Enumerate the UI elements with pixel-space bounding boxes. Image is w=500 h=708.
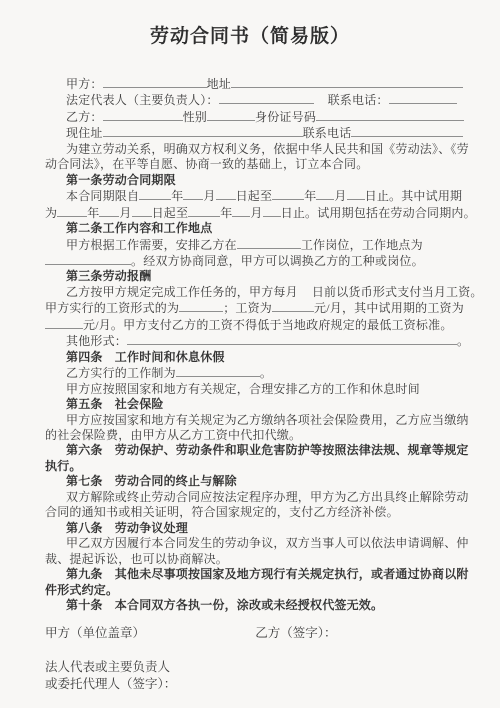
text-run: 乙方实行的工作制为 [66, 366, 176, 380]
legal-rep-line: 法定代表人（主要负责人）：联系电话： [45, 92, 472, 108]
preamble-line-1: 为建立劳动关系，明确双方权利义务，依据中华人民共和国《劳动法》、《劳 [45, 142, 472, 157]
text-run: 本合同期限自 [66, 189, 139, 203]
text-run: 日止。其中试用期 [365, 189, 463, 203]
text-run: 裁、提起诉讼，也可以协商解决。 [45, 552, 228, 566]
party-a-line: 甲方：地址 [45, 76, 472, 92]
text-run: 为建立劳动关系，明确双方权利义务，依据中华人民共和国《劳动法》、《劳 [66, 142, 469, 156]
legal-rep-block: 法人代表或主要负责人 或委托代理人（签字）： [45, 659, 472, 692]
article-3-heading: 第三条劳动报酬 [45, 269, 472, 284]
text-run: 工作岗位，工作地点为 [301, 238, 423, 252]
blank-field [57, 205, 87, 217]
text-run: 日起至 [152, 206, 189, 220]
party-b-line: 乙方：性别身份证号码 [45, 109, 472, 125]
text-run: 联系电话： [328, 93, 389, 107]
text-run: 其他形式： [66, 334, 127, 348]
text-run: 第一条劳动合同期限 [66, 173, 176, 187]
article-5-body-1: 甲方应按国家和地方有关规定为乙方缴纳各项社会保险费用，乙方应当缴纳 [45, 413, 472, 428]
text-run: 年 [87, 206, 99, 220]
text-run: ；工资为 [223, 301, 272, 315]
article-10-line: 第十条 本合同双方各执一份，涂改或未经授权代签无效。 [45, 598, 472, 613]
blank-field [99, 205, 119, 217]
text-run: 动合同法》，在平等自愿、协商一致的基础上，订立本合同。 [45, 157, 368, 171]
blank-field [179, 300, 223, 312]
blank-field [103, 76, 207, 88]
text-run: 第六条 劳动保护、劳动条件和职业危害防护等按照法律法规、规章等规定 [66, 443, 469, 457]
article-7-heading: 第七条 劳动合同的终止与解除 [45, 474, 472, 489]
blank-field [139, 188, 171, 200]
article-8-body-1: 甲乙双方因履行本合同发生的劳动争议，双方当事人可以依法申请调解、仲 [45, 536, 472, 551]
text-run: 甲乙双方因履行本合同发生的劳动争议，双方当事人可以依法申请调解、仲 [66, 536, 469, 550]
contract-body: 甲方：地址法定代表人（主要负责人）：联系电话：乙方：性别身份证号码现住址联系电话… [45, 76, 472, 613]
text-run: 元/月。甲方支付乙方的工资不得低于当地政府规定的最低工资标准。 [83, 318, 453, 332]
text-run: 年 [171, 189, 183, 203]
text-run: 。经双方协商同意，甲方可以调换乙方的工种或岗位。 [131, 254, 424, 268]
text-run: 第七条 劳动合同的终止与解除 [66, 474, 237, 488]
blank-field [231, 76, 463, 88]
text-run: 月 [334, 189, 346, 203]
party-b-signature-label: 乙方（签字）： [255, 626, 336, 640]
text-run: 的社会保险费，由甲方从乙方工资中代扣代缴。 [45, 428, 301, 442]
text-run: 为 [45, 206, 57, 220]
legal-rep-line-1: 法人代表或主要负责人 [45, 659, 472, 676]
text-run: 联系电话 [303, 126, 352, 140]
article-2-heading: 第二条工作内容和工作地点 [45, 221, 472, 236]
blank-field [188, 205, 220, 217]
text-run: 身份证号码 [255, 110, 316, 124]
blank-field [103, 125, 303, 137]
text-run: 第八条 劳动争议处理 [66, 521, 188, 535]
article-3-body-1: 乙方按甲方规定完成工作任务的，甲方每月日前以货币形式支付当月工资。 [45, 285, 472, 300]
article-7-body-1: 双方解除或终止劳动合同应按法定程序办理，甲方为乙方出具终止解除劳动 [45, 490, 472, 505]
text-run: 双方解除或终止劳动合同应按法定程序办理，甲方为乙方出具终止解除劳动 [66, 490, 469, 504]
text-run: 年 [220, 206, 232, 220]
article-4-body-2: 甲方应按照国家和地方有关规定，合理安排乙方的工作和休息时间 [45, 382, 472, 397]
address-line: 现住址联系电话 [45, 125, 472, 141]
text-run: 月 [203, 189, 215, 203]
blank-field [127, 333, 457, 345]
blank-field [45, 317, 83, 329]
text-run: 甲方应按国家和地方有关规定为乙方缴纳各项社会保险费用，乙方应当缴纳 [66, 413, 469, 427]
text-run: 现住址 [66, 126, 103, 140]
blank-field [316, 109, 464, 121]
gap [298, 295, 312, 296]
text-run: 第五条 社会保险 [66, 397, 164, 411]
text-run: 合同的通知书或相关证明，符合国家规定的，支付乙方经济补偿。 [45, 505, 399, 519]
text-run: 元/月，其中试用期的工资为 [314, 301, 464, 315]
article-8-body-2: 裁、提起诉讼，也可以协商解决。 [45, 552, 472, 567]
party-a-signature-label: 甲方（单位盖章） [45, 626, 145, 640]
article-3-body-2: 甲方实行的工资形式的为；工资为元/月，其中试用期的工资为 [45, 300, 472, 316]
document-title: 劳动合同书（简易版） [28, 24, 472, 50]
article-2-body-1: 甲方根据工作需要，安排乙方在工作岗位，工作地点为 [45, 237, 472, 253]
text-run: 法定代表人（主要负责人）： [66, 93, 219, 107]
text-run: 月 [119, 206, 131, 220]
blank-field [232, 205, 250, 217]
text-run: 件形式约定。 [45, 583, 118, 597]
blank-field [316, 188, 334, 200]
article-8-heading: 第八条 劳动争议处理 [45, 521, 472, 536]
text-run: 日止。试用期包括在劳动合同期内。 [281, 206, 476, 220]
text-run: 甲方： [66, 77, 103, 91]
text-run: 甲方应按照国家和地方有关规定，合理安排乙方的工作和休息时间 [66, 382, 420, 396]
blank-field [263, 205, 281, 217]
text-run: 。 [457, 334, 469, 348]
legal-rep-line-2: 或委托代理人（签字）： [45, 676, 472, 693]
article-4-body-1: 乙方实行的工作制为。 [45, 365, 472, 381]
text-run: 月 [250, 206, 262, 220]
blank-field [216, 188, 236, 200]
text-run: 日前以货币形式支付当月工资。 [312, 285, 483, 299]
article-5-heading: 第五条 社会保险 [45, 397, 472, 412]
text-run: 乙方按甲方规定完成工作任务的，甲方每月 [66, 285, 298, 299]
article-6-line-2: 执行。 [45, 459, 472, 474]
text-run: 。 [260, 366, 272, 380]
signature-row: 甲方（单位盖章） 乙方（签字）： [45, 625, 472, 641]
text-run: 执行。 [45, 459, 82, 473]
article-1-body-1: 本合同期限自年月日起至年月日止。其中试用期 [45, 188, 472, 204]
text-run: 甲方实行的工资形式的为 [45, 301, 179, 315]
text-run: 日起至 [236, 189, 273, 203]
blank-field [176, 365, 260, 377]
text-run: 甲方根据工作需要，安排乙方在 [66, 238, 237, 252]
text-run: 地址 [207, 77, 231, 91]
blank-field [207, 109, 255, 121]
gap [314, 103, 328, 104]
blank-field [347, 188, 365, 200]
text-run: 性别 [183, 110, 207, 124]
article-5-body-2: 的社会保险费，由甲方从乙方工资中代扣代缴。 [45, 428, 472, 443]
article-9-line-1: 第九条 其他未尽事项按国家及地方现行有关规定执行，或者通过协商以附 [45, 567, 472, 582]
blank-field [272, 188, 304, 200]
text-run: 第十条 本合同双方各执一份，涂改或未经授权代签无效。 [66, 598, 383, 612]
blank-field [237, 237, 301, 249]
article-1-heading: 第一条劳动合同期限 [45, 173, 472, 188]
preamble-line-2: 动合同法》，在平等自愿、协商一致的基础上，订立本合同。 [45, 157, 472, 172]
blank-field [219, 92, 314, 104]
blank-field [103, 109, 183, 121]
blank-field [45, 253, 131, 265]
text-run: 乙方： [66, 110, 103, 124]
article-9-line-2: 件形式约定。 [45, 583, 472, 598]
blank-field [272, 300, 314, 312]
text-run: 年 [304, 189, 316, 203]
text-run: 第二条工作内容和工作地点 [66, 221, 212, 235]
contract-document: 劳动合同书（简易版） 甲方：地址法定代表人（主要负责人）：联系电话：乙方：性别身… [0, 0, 500, 708]
article-6-line-1: 第六条 劳动保护、劳动条件和职业危害防护等按照法律法规、规章等规定 [45, 443, 472, 458]
blank-field [132, 205, 152, 217]
blank-field [351, 125, 463, 137]
article-4-heading: 第四条 工作时间和休息休假 [45, 350, 472, 365]
article-3-body-4: 其他形式：。 [45, 333, 472, 349]
blank-field [183, 188, 203, 200]
text-run: 第九条 其他未尽事项按国家及地方现行有关规定执行，或者通过协商以附 [66, 567, 469, 581]
article-3-body-3: 元/月。甲方支付乙方的工资不得低于当地政府规定的最低工资标准。 [45, 317, 472, 333]
text-run: 第三条劳动报酬 [66, 269, 151, 283]
article-7-body-2: 合同的通知书或相关证明，符合国家规定的，支付乙方经济补偿。 [45, 505, 472, 520]
text-run: 第四条 工作时间和休息休假 [66, 350, 225, 364]
article-1-body-2: 为年月日起至年月日止。试用期包括在劳动合同期内。 [45, 205, 472, 221]
article-2-body-2: 。经双方协商同意，甲方可以调换乙方的工种或岗位。 [45, 253, 472, 269]
blank-field [389, 92, 457, 104]
